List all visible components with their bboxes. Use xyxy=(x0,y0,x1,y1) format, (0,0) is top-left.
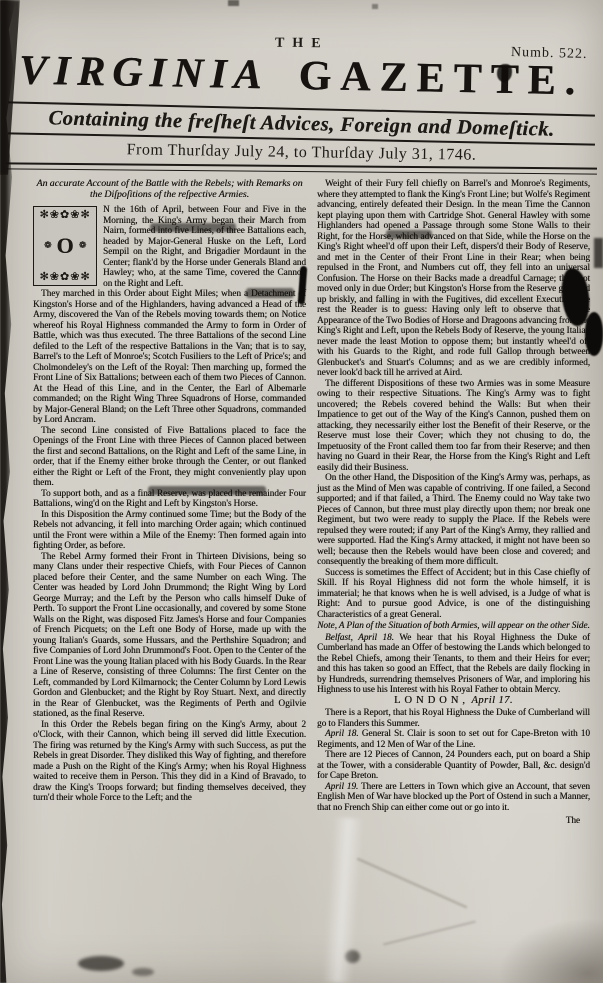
newspaper-page: THE Numb. 522. VIRGINIA GAZETTE. Contain… xyxy=(0,0,603,983)
london-date-label: April 17. xyxy=(471,695,513,706)
ink-stain xyxy=(345,950,360,963)
paragraph: There are 12 Pieces of Cannon, 24 Pounde… xyxy=(317,749,590,781)
dateline-lead: April 18. xyxy=(325,728,359,738)
paper-crease xyxy=(357,858,467,909)
paragraph: In this Disposition the Army continued s… xyxy=(33,509,306,551)
ornament-flower-icon: ❁ xyxy=(44,241,52,252)
article-columns: An accurate Account of the Battle with t… xyxy=(0,172,603,826)
paper-title-virginia: VIRGINIA xyxy=(18,47,269,100)
ornamental-initial: ✻❀✿❀✻ ❁ O ❁ ✻❀✿❀✻ xyxy=(33,206,97,286)
paragraph: Success is sometimes the Effect of Accid… xyxy=(317,567,590,620)
catchword: The xyxy=(317,815,590,826)
paragraph: The Rebel Army formed their Front in Thi… xyxy=(33,551,306,719)
paragraph: Belfast, April 18. We hear that his Roya… xyxy=(317,632,590,695)
paragraph: In this Order the Rebels began firing on… xyxy=(33,719,306,803)
paragraph: April 19. There are Letters in Town whic… xyxy=(317,781,590,813)
paragraph: The different Dispositions of these two … xyxy=(317,378,590,473)
paragraph-text: There is a Report, that his Royal Highne… xyxy=(317,707,590,728)
dateline-lead: April 19. xyxy=(325,781,358,791)
section-heading-london: LONDON, April 17. xyxy=(317,696,590,707)
paper-title: VIRGINIA GAZETTE. xyxy=(0,46,603,106)
paragraph: There is a Report, that his Royal Highne… xyxy=(317,707,590,728)
note-line: Note, A Plan of the Situation of both Ar… xyxy=(317,620,590,631)
paragraph: They marched in this Order about Eight M… xyxy=(33,288,306,425)
paragraph: On the other Hand, the Disposition of th… xyxy=(317,472,590,567)
paragraph: To support both, and as a final Reserve,… xyxy=(33,488,306,509)
london-city-label: LONDON, xyxy=(394,695,469,706)
ornament-row-icon: ✻❀✿❀✻ xyxy=(39,209,90,221)
paragraph-text: There are Letters in Town which give an … xyxy=(317,781,590,812)
ink-stain xyxy=(132,968,154,976)
ornament-flower-icon: ❁ xyxy=(79,241,87,252)
ornament-row-icon: ✻❀✿❀✻ xyxy=(39,271,90,283)
ink-stain xyxy=(78,956,124,971)
paragraph-text: There are 12 Pieces of Cannon, 24 Pounde… xyxy=(317,749,590,780)
page-corner-shadow xyxy=(498,918,603,983)
paper-crease xyxy=(322,817,363,983)
article-heading: An accurate Account of the Battle with t… xyxy=(33,178,306,200)
ornament-middle: ❁ O ❁ xyxy=(44,236,86,256)
paper-title-gazette: GAZETTE. xyxy=(298,52,584,105)
paragraph-text: N the 16th of April, between Four and Fi… xyxy=(103,204,306,288)
paper-crease xyxy=(383,921,476,946)
paragraph: Weight of their Fury fell chiefly on Bar… xyxy=(317,178,590,378)
drop-cap-letter: O xyxy=(56,236,73,256)
masthead: THE Numb. 522. VIRGINIA GAZETTE. Contain… xyxy=(0,0,603,172)
masthead-the: THE xyxy=(275,36,329,52)
paragraph: ✻❀✿❀✻ ❁ O ❁ ✻❀✿❀✻ N the 16th of April, b… xyxy=(33,204,306,288)
left-column: An accurate Account of the Battle with t… xyxy=(33,178,306,826)
dateline-lead: Belfast, April 18. xyxy=(325,632,394,642)
right-column: Weight of their Fury fell chiefly on Bar… xyxy=(317,178,590,826)
paragraph: The second Line consisted of Five Battal… xyxy=(33,425,306,488)
paragraph: April 18. General St. Clair is soon to s… xyxy=(317,728,590,749)
